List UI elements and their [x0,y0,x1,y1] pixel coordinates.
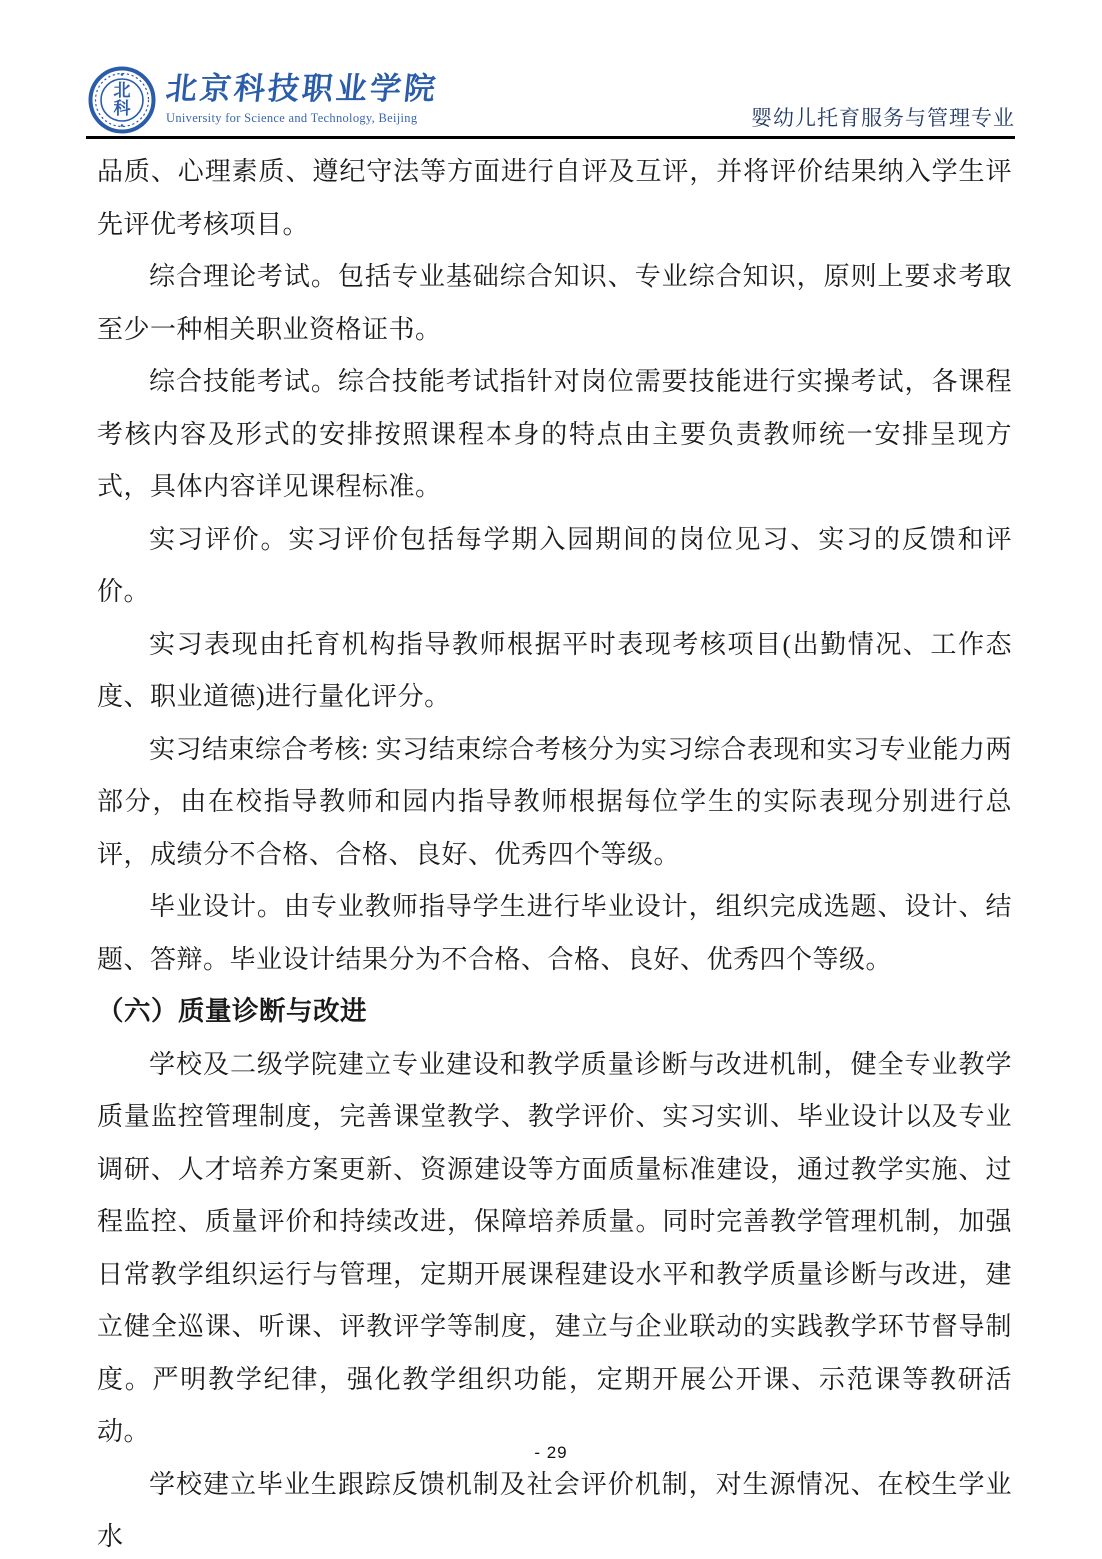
svg-text:科: 科 [114,98,132,119]
university-seal-icon: 北 科 [88,66,156,134]
page-footer: - 29 [0,1443,1102,1463]
paragraph: 综合理论考试。包括专业基础综合知识、专业综合知识，原则上要求考取至少一种相关职业… [97,251,1012,356]
paragraph: 实习评价。实习评价包括每学期入园期间的岗位见习、实习的反馈和评价。 [97,514,1012,619]
document-body: 品质、心理素质、遵纪守法等方面进行自评及互评，并将评价结果纳入学生评先评优考核项… [97,146,1012,1559]
university-name-en: University for Science and Technology, B… [166,111,438,126]
page-number: - 29 [534,1443,567,1462]
program-title: 婴幼儿托育服务与管理专业 [751,102,1015,132]
paragraph: 学校建立毕业生跟踪反馈机制及社会评价机制，对生源情况、在校生学业水 [97,1459,1012,1559]
paragraph: 学校及二级学院建立专业建设和教学质量诊断与改进机制，健全专业教学质量监控管理制度… [97,1039,1012,1459]
section-heading: （六）质量诊断与改进 [97,986,1012,1039]
paragraph: 综合技能考试。综合技能考试指针对岗位需要技能进行实操考试，各课程考核内容及形式的… [97,356,1012,514]
paragraph: 实习结束综合考核: 实习结束综合考核分为实习综合表现和实习专业能力两部分，由在校… [97,724,1012,882]
paragraph: 毕业设计。由专业教师指导学生进行毕业设计，组织完成选题、设计、结题、答辩。毕业设… [97,881,1012,986]
document-page: 北 科 北京科技职业学院 University for Science and … [0,0,1102,1559]
page-header: 北 科 北京科技职业学院 University for Science and … [86,0,1015,139]
paragraph: 实习表现由托育机构指导教师根据平时表现考核项目(出勤情况、工作态度、职业道德)进… [97,619,1012,724]
university-logo: 北 科 北京科技职业学院 University for Science and … [88,66,438,134]
paragraph: 品质、心理素质、遵纪守法等方面进行自评及互评，并将评价结果纳入学生评先评优考核项… [97,146,1012,251]
svg-text:北: 北 [114,81,131,101]
university-name-cn: 北京科技职业学院 [164,74,439,105]
university-wordmark: 北京科技职业学院 University for Science and Tech… [166,66,438,126]
